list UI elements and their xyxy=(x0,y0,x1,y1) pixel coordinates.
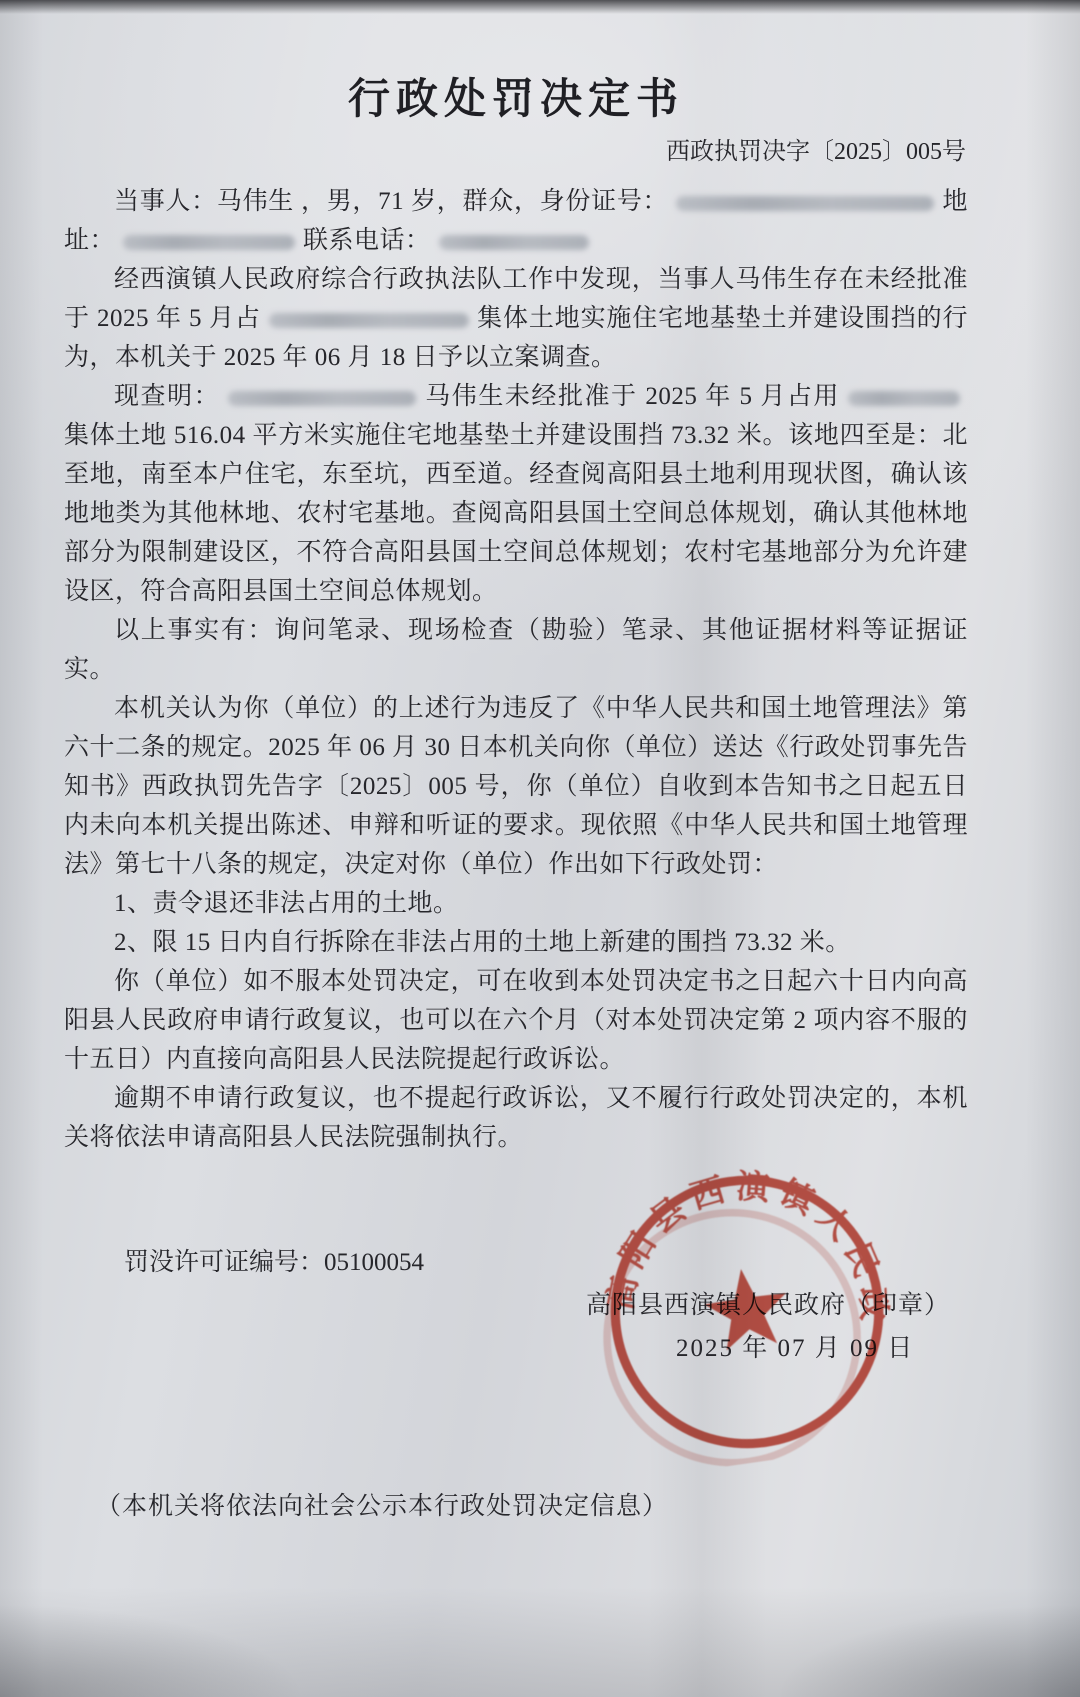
issue-date: 2025 年 07 月 09 日 xyxy=(676,1329,914,1368)
party-info-line: 当事人：马伟生 ，男，71 岁，群众，身份证号：地址：联系电话： xyxy=(64,182,968,260)
document-number: 西政执罚决字〔2025〕005号 xyxy=(64,136,968,168)
findings-text-2: 集体土地 516.04 平方米实施住宅地基垫土并建设围挡 73.32 米。该地四… xyxy=(64,422,968,605)
paragraph-findings: 现查明：马伟生未经批准于 2025 年 5 月占用集体土地 516.04 平方米… xyxy=(64,377,968,611)
penalty-item-1: 1、责令退还非法占用的土地。 xyxy=(64,884,968,923)
paragraph-case-initiation: 经西演镇人民政府综合行政执法队工作中发现，当事人马伟生存在未经批准于 2025 … xyxy=(64,260,968,377)
party-info-text: 当事人：马伟生 ，男，71 岁，群众，身份证号： xyxy=(114,188,668,215)
paragraph-enforcement: 逾期不申请行政复议，也不提起行政诉讼，又不履行行政处罚决定的，本机关将依法申请高… xyxy=(64,1079,968,1157)
redacted-village-name-2 xyxy=(848,391,960,406)
redacted-phone xyxy=(439,235,589,250)
permit-number-line: 罚没许可证编号：05100054 xyxy=(64,1243,424,1282)
document-body: 行政处罚决定书 西政执罚决字〔2025〕005号 当事人：马伟生 ，男，71 岁… xyxy=(64,0,968,1157)
paragraph-legal-basis: 本机关认为你（单位）的上述行为违反了《中华人民共和国土地管理法》第六十二条的规定… xyxy=(64,689,968,884)
redacted-land-location xyxy=(269,313,469,328)
document-title: 行政处罚决定书 xyxy=(64,74,968,126)
redacted-address xyxy=(123,235,295,250)
penalty-decision-document: 行政处罚决定书 西政执罚决字〔2025〕005号 当事人：马伟生 ，男，71 岁… xyxy=(0,0,1080,1697)
public-disclosure-note: （本机关将依法向社会公示本行政处罚决定信息） xyxy=(96,1487,668,1526)
penalty-item-2: 2、限 15 日内自行拆除在非法占用的土地上新建的围挡 73.32 米。 xyxy=(64,923,968,962)
findings-text-1: 马伟生未经批准于 2025 年 5 月占用 xyxy=(424,383,840,410)
phone-label: 联系电话： xyxy=(303,227,431,254)
redacted-village-name xyxy=(228,391,416,406)
findings-label: 现查明： xyxy=(114,383,220,410)
issuing-agency: 高阳县西演镇人民政府（印章） xyxy=(586,1286,950,1325)
paragraph-evidence: 以上事实有：询问笔录、现场检查（勘验）笔录、其他证据材料等证据证实。 xyxy=(64,611,968,689)
redacted-id-number xyxy=(676,196,934,211)
paragraph-appeal-rights: 你（单位）如不服本处罚决定，可在收到本处罚决定书之日起六十日内向高阳县人民政府申… xyxy=(64,962,968,1079)
